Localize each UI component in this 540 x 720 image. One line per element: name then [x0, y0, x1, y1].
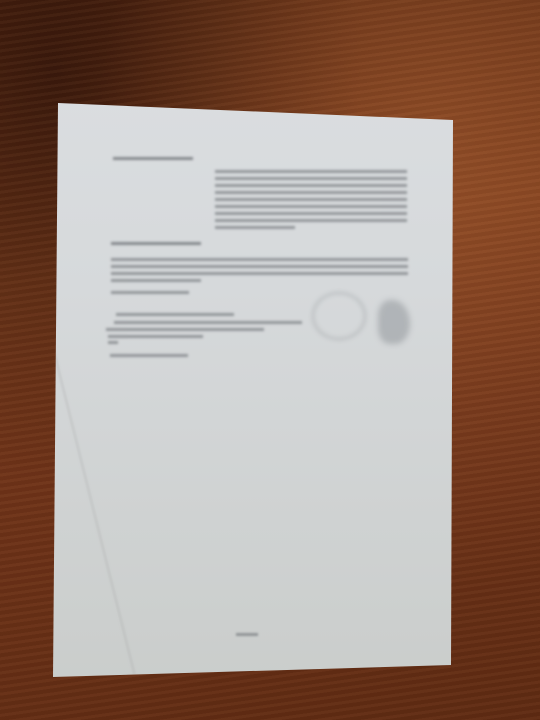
closing-line [111, 291, 189, 294]
stamp [312, 292, 366, 340]
handwritten-signature [378, 300, 410, 344]
paper-fold [46, 325, 135, 675]
subject-line [111, 242, 201, 245]
sender-line [113, 157, 193, 160]
signature-line [110, 354, 188, 357]
page-number [236, 633, 258, 636]
